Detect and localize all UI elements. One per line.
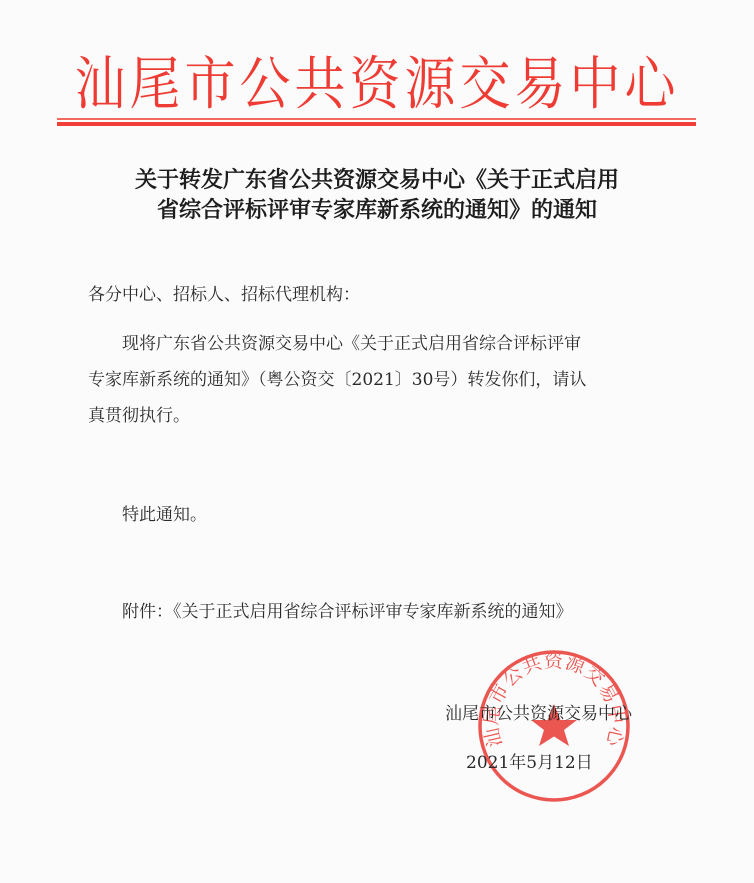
- body-line-1: 现将广东省公共资源交易中心《关于正式启用省综合评标评审: [88, 326, 668, 362]
- body-paragraph: 现将广东省公共资源交易中心《关于正式启用省综合评标评审 专家库新系统的通知》（粤…: [88, 326, 668, 434]
- official-seal-stamp: 汕尾市公共资源交易中心: [476, 648, 632, 804]
- document-page: 汕尾市公共资源交易中心 关于转发广东省公共资源交易中心《关于正式启用 省综合评标…: [0, 0, 754, 883]
- body-line-2: 专家库新系统的通知》（粤公资交〔2021〕30号）转发你们，请认: [88, 362, 668, 398]
- masthead-title: 汕尾市公共资源交易中心: [57, 52, 697, 119]
- title-line-2: 省综合评标评审专家库新系统的通知》的通知: [60, 196, 694, 226]
- body-line-3: 真贯彻执行。: [88, 398, 668, 434]
- title-line-1: 关于转发广东省公共资源交易中心《关于正式启用: [60, 166, 694, 196]
- attachment-line: 附件：《关于正式启用省综合评标评审专家库新系统的通知》: [122, 597, 573, 622]
- closing-text: 特此通知。: [122, 500, 207, 525]
- addressee: 各分中心、招标人、招标代理机构：: [88, 280, 360, 305]
- masthead-rule-thin: [57, 118, 696, 120]
- signature-date: 2021年5月12日: [466, 748, 593, 773]
- signature-organization: 汕尾市公共资源交易中心: [445, 699, 632, 724]
- masthead-rule-thick: [57, 122, 696, 126]
- document-title: 关于转发广东省公共资源交易中心《关于正式启用 省综合评标评审专家库新系统的通知》…: [60, 166, 694, 226]
